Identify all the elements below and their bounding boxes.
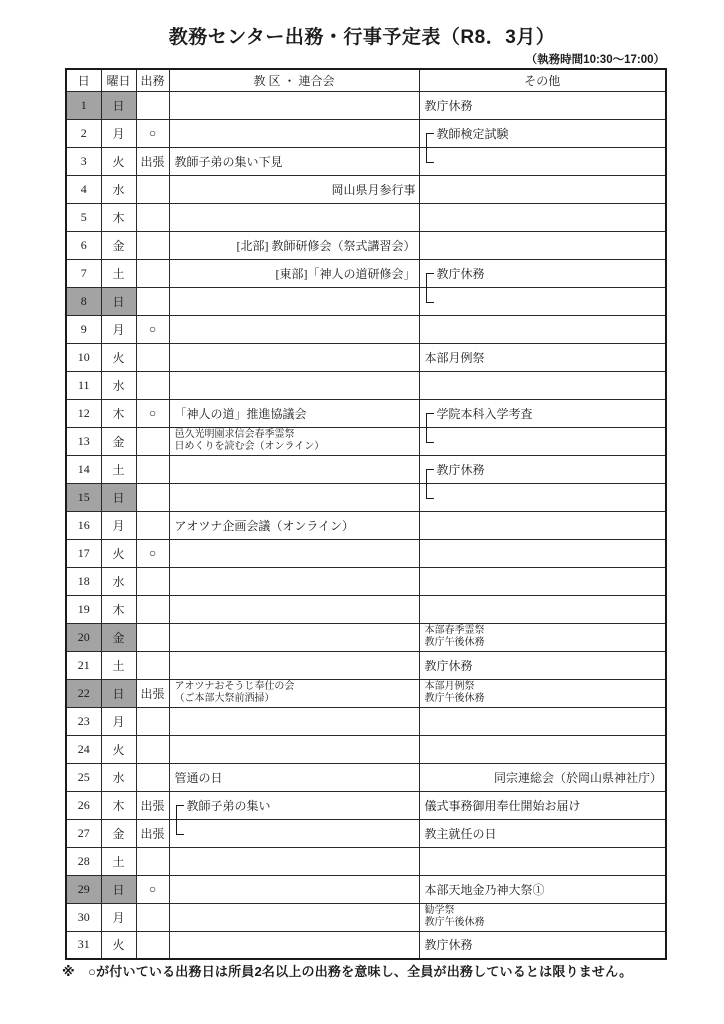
weekday-cell: 日 <box>101 679 136 707</box>
district-cell <box>169 91 419 119</box>
table-row: 18水 <box>66 567 666 595</box>
duty-cell <box>136 175 169 203</box>
table-row: 24火 <box>66 735 666 763</box>
table-row: 17火○ <box>66 539 666 567</box>
other-cell <box>419 175 666 203</box>
day-cell: 31 <box>66 931 101 959</box>
schedule-document: 教務センター出務・行事予定表（R8．3月） （執務時間10:30～17:00） … <box>0 0 724 1024</box>
table-row: 27金出張教主就任の日 <box>66 819 666 847</box>
weekday-cell: 土 <box>101 259 136 287</box>
table-row: 26木出張教師子弟の集い儀式事務御用奉仕開始お届け <box>66 791 666 819</box>
district-cell: 岡山県月参行事 <box>169 175 419 203</box>
day-cell: 12 <box>66 399 101 427</box>
district-cell <box>169 875 419 903</box>
table-row: 13金邑久光明園求信会春季霊祭日めくりを読む会（オンライン） <box>66 427 666 455</box>
table-row: 25水管通の日同宗連総会（於岡山県神社庁） <box>66 763 666 791</box>
other-cell <box>419 539 666 567</box>
duty-cell <box>136 903 169 931</box>
weekday-cell: 土 <box>101 847 136 875</box>
district-cell: 管通の日 <box>169 763 419 791</box>
district-cell <box>169 819 419 847</box>
duty-cell: ○ <box>136 539 169 567</box>
day-cell: 20 <box>66 623 101 651</box>
day-cell: 24 <box>66 735 101 763</box>
duty-cell: ○ <box>136 315 169 343</box>
other-cell <box>419 483 666 511</box>
weekday-cell: 木 <box>101 791 136 819</box>
day-cell: 7 <box>66 259 101 287</box>
district-cell <box>169 707 419 735</box>
district-cell: [北部] 教師研修会（祭式講習会） <box>169 231 419 259</box>
district-cell <box>169 343 419 371</box>
district-cell: アオツナ企画会議（オンライン） <box>169 511 419 539</box>
weekday-cell: 火 <box>101 539 136 567</box>
other-cell: 教庁休務 <box>419 259 666 287</box>
day-cell: 8 <box>66 287 101 315</box>
day-cell: 1 <box>66 91 101 119</box>
duty-cell <box>136 651 169 679</box>
day-cell: 15 <box>66 483 101 511</box>
day-cell: 2 <box>66 119 101 147</box>
weekday-cell: 土 <box>101 455 136 483</box>
weekday-cell: 日 <box>101 287 136 315</box>
weekday-cell: 月 <box>101 707 136 735</box>
table-row: 14土教庁休務 <box>66 455 666 483</box>
other-cell <box>419 595 666 623</box>
day-cell: 6 <box>66 231 101 259</box>
district-cell <box>169 539 419 567</box>
day-cell: 3 <box>66 147 101 175</box>
day-cell: 5 <box>66 203 101 231</box>
day-cell: 23 <box>66 707 101 735</box>
other-cell: 同宗連総会（於岡山県神社庁） <box>419 763 666 791</box>
district-cell <box>169 931 419 959</box>
table-row: 21土教庁休務 <box>66 651 666 679</box>
table-row: 31火教庁休務 <box>66 931 666 959</box>
weekday-cell: 金 <box>101 427 136 455</box>
weekday-cell: 月 <box>101 119 136 147</box>
district-cell <box>169 287 419 315</box>
duty-cell <box>136 483 169 511</box>
column-header-weekday: 曜日 <box>101 69 136 91</box>
table-row: 29日○本部天地金乃神大祭① <box>66 875 666 903</box>
footnote: ※ ○が付いている出務日は所員2名以上の出務を意味し、全員が出務しているとは限り… <box>62 961 632 980</box>
page-title: 教務センター出務・行事予定表（R8．3月） <box>0 22 724 49</box>
duty-cell <box>136 707 169 735</box>
day-cell: 26 <box>66 791 101 819</box>
other-cell <box>419 315 666 343</box>
day-cell: 19 <box>66 595 101 623</box>
district-cell <box>169 735 419 763</box>
weekday-cell: 金 <box>101 819 136 847</box>
other-cell: 学院本科入学考査 <box>419 399 666 427</box>
day-cell: 29 <box>66 875 101 903</box>
other-cell <box>419 847 666 875</box>
other-cell: 教庁休務 <box>419 931 666 959</box>
duty-cell: 出張 <box>136 679 169 707</box>
duty-cell <box>136 371 169 399</box>
day-cell: 16 <box>66 511 101 539</box>
other-cell: 儀式事務御用奉仕開始お届け <box>419 791 666 819</box>
day-cell: 17 <box>66 539 101 567</box>
other-cell <box>419 147 666 175</box>
duty-cell: 出張 <box>136 147 169 175</box>
other-cell <box>419 567 666 595</box>
weekday-cell: 月 <box>101 315 136 343</box>
district-cell <box>169 651 419 679</box>
table-row: 12木○「神人の道」推進協議会学院本科入学考査 <box>66 399 666 427</box>
duty-cell <box>136 931 169 959</box>
duty-cell <box>136 511 169 539</box>
column-header-day: 日 <box>66 69 101 91</box>
weekday-cell: 日 <box>101 91 136 119</box>
duty-cell: ○ <box>136 399 169 427</box>
duty-cell <box>136 763 169 791</box>
other-cell: 本部月例祭 <box>419 343 666 371</box>
other-cell: 本部春季霊祭教庁午後休務 <box>419 623 666 651</box>
weekday-cell: 水 <box>101 763 136 791</box>
day-cell: 10 <box>66 343 101 371</box>
weekday-cell: 木 <box>101 595 136 623</box>
weekday-cell: 火 <box>101 147 136 175</box>
table-row: 28土 <box>66 847 666 875</box>
district-cell <box>169 203 419 231</box>
column-header-district: 教 区 ・ 連合会 <box>169 69 419 91</box>
column-header-duty: 出務 <box>136 69 169 91</box>
duty-cell <box>136 203 169 231</box>
district-cell <box>169 119 419 147</box>
weekday-cell: 水 <box>101 371 136 399</box>
district-cell <box>169 455 419 483</box>
other-cell: 勧学祭教庁午後休務 <box>419 903 666 931</box>
district-cell <box>169 567 419 595</box>
table-row: 7土[東部]「神人の道研修会」教庁休務 <box>66 259 666 287</box>
weekday-cell: 火 <box>101 343 136 371</box>
day-cell: 11 <box>66 371 101 399</box>
other-cell: 教主就任の日 <box>419 819 666 847</box>
district-cell: 教師子弟の集い <box>169 791 419 819</box>
other-cell <box>419 231 666 259</box>
district-cell <box>169 903 419 931</box>
day-cell: 9 <box>66 315 101 343</box>
other-cell <box>419 735 666 763</box>
duty-cell: 出張 <box>136 819 169 847</box>
table-row: 8日 <box>66 287 666 315</box>
district-cell <box>169 483 419 511</box>
table-row: 23月 <box>66 707 666 735</box>
duty-cell <box>136 567 169 595</box>
duty-cell <box>136 455 169 483</box>
duty-cell <box>136 427 169 455</box>
day-cell: 30 <box>66 903 101 931</box>
day-cell: 25 <box>66 763 101 791</box>
duty-cell <box>136 595 169 623</box>
weekday-cell: 水 <box>101 175 136 203</box>
day-cell: 27 <box>66 819 101 847</box>
table-row: 2月○教師検定試験 <box>66 119 666 147</box>
other-cell <box>419 371 666 399</box>
duty-cell <box>136 287 169 315</box>
other-cell <box>419 287 666 315</box>
district-cell: アオツナおそうじ奉仕の会（ご本部大祭前洒掃） <box>169 679 419 707</box>
header-row: 日 曜日 出務 教 区 ・ 連合会 その他 <box>66 69 666 91</box>
table-row: 22日出張アオツナおそうじ奉仕の会（ご本部大祭前洒掃）本部月例祭教庁午後休務 <box>66 679 666 707</box>
district-cell <box>169 315 419 343</box>
weekday-cell: 土 <box>101 651 136 679</box>
other-cell: 教庁休務 <box>419 91 666 119</box>
duty-cell <box>136 231 169 259</box>
table-row: 10火本部月例祭 <box>66 343 666 371</box>
day-cell: 4 <box>66 175 101 203</box>
other-cell: 本部天地金乃神大祭① <box>419 875 666 903</box>
duty-cell <box>136 735 169 763</box>
district-cell <box>169 623 419 651</box>
column-header-other: その他 <box>419 69 666 91</box>
district-cell: 教師子弟の集い下見 <box>169 147 419 175</box>
duty-cell <box>136 847 169 875</box>
day-cell: 14 <box>66 455 101 483</box>
schedule-table: 日 曜日 出務 教 区 ・ 連合会 その他 1日教庁休務2月○教師検定試験3火出… <box>65 68 667 960</box>
table-row: 11水 <box>66 371 666 399</box>
weekday-cell: 金 <box>101 231 136 259</box>
duty-cell <box>136 343 169 371</box>
weekday-cell: 水 <box>101 567 136 595</box>
weekday-cell: 火 <box>101 735 136 763</box>
table-row: 3火出張教師子弟の集い下見 <box>66 147 666 175</box>
duty-cell <box>136 259 169 287</box>
other-cell: 教庁休務 <box>419 651 666 679</box>
duty-cell <box>136 623 169 651</box>
table-row: 20金本部春季霊祭教庁午後休務 <box>66 623 666 651</box>
day-cell: 22 <box>66 679 101 707</box>
weekday-cell: 木 <box>101 203 136 231</box>
weekday-cell: 火 <box>101 931 136 959</box>
other-cell <box>419 427 666 455</box>
district-cell <box>169 371 419 399</box>
weekday-cell: 月 <box>101 903 136 931</box>
duty-cell: 出張 <box>136 791 169 819</box>
table-row: 9月○ <box>66 315 666 343</box>
other-cell <box>419 511 666 539</box>
day-cell: 28 <box>66 847 101 875</box>
table-row: 15日 <box>66 483 666 511</box>
other-cell: 教庁休務 <box>419 455 666 483</box>
table-row: 30月勧学祭教庁午後休務 <box>66 903 666 931</box>
weekday-cell: 金 <box>101 623 136 651</box>
table-row: 19木 <box>66 595 666 623</box>
weekday-cell: 木 <box>101 399 136 427</box>
office-hours-note: （執務時間10:30～17:00） <box>526 51 665 67</box>
table-row: 4水岡山県月参行事 <box>66 175 666 203</box>
table-row: 5木 <box>66 203 666 231</box>
day-cell: 13 <box>66 427 101 455</box>
table-row: 16月アオツナ企画会議（オンライン） <box>66 511 666 539</box>
weekday-cell: 月 <box>101 511 136 539</box>
day-cell: 18 <box>66 567 101 595</box>
duty-cell: ○ <box>136 119 169 147</box>
district-cell <box>169 595 419 623</box>
other-cell <box>419 707 666 735</box>
table-row: 1日教庁休務 <box>66 91 666 119</box>
weekday-cell: 日 <box>101 483 136 511</box>
district-cell: 「神人の道」推進協議会 <box>169 399 419 427</box>
table-row: 6金[北部] 教師研修会（祭式講習会） <box>66 231 666 259</box>
weekday-cell: 日 <box>101 875 136 903</box>
other-cell: 教師検定試験 <box>419 119 666 147</box>
district-cell <box>169 847 419 875</box>
other-cell: 本部月例祭教庁午後休務 <box>419 679 666 707</box>
other-cell <box>419 203 666 231</box>
district-cell: [東部]「神人の道研修会」 <box>169 259 419 287</box>
duty-cell <box>136 91 169 119</box>
duty-cell: ○ <box>136 875 169 903</box>
day-cell: 21 <box>66 651 101 679</box>
district-cell: 邑久光明園求信会春季霊祭日めくりを読む会（オンライン） <box>169 427 419 455</box>
